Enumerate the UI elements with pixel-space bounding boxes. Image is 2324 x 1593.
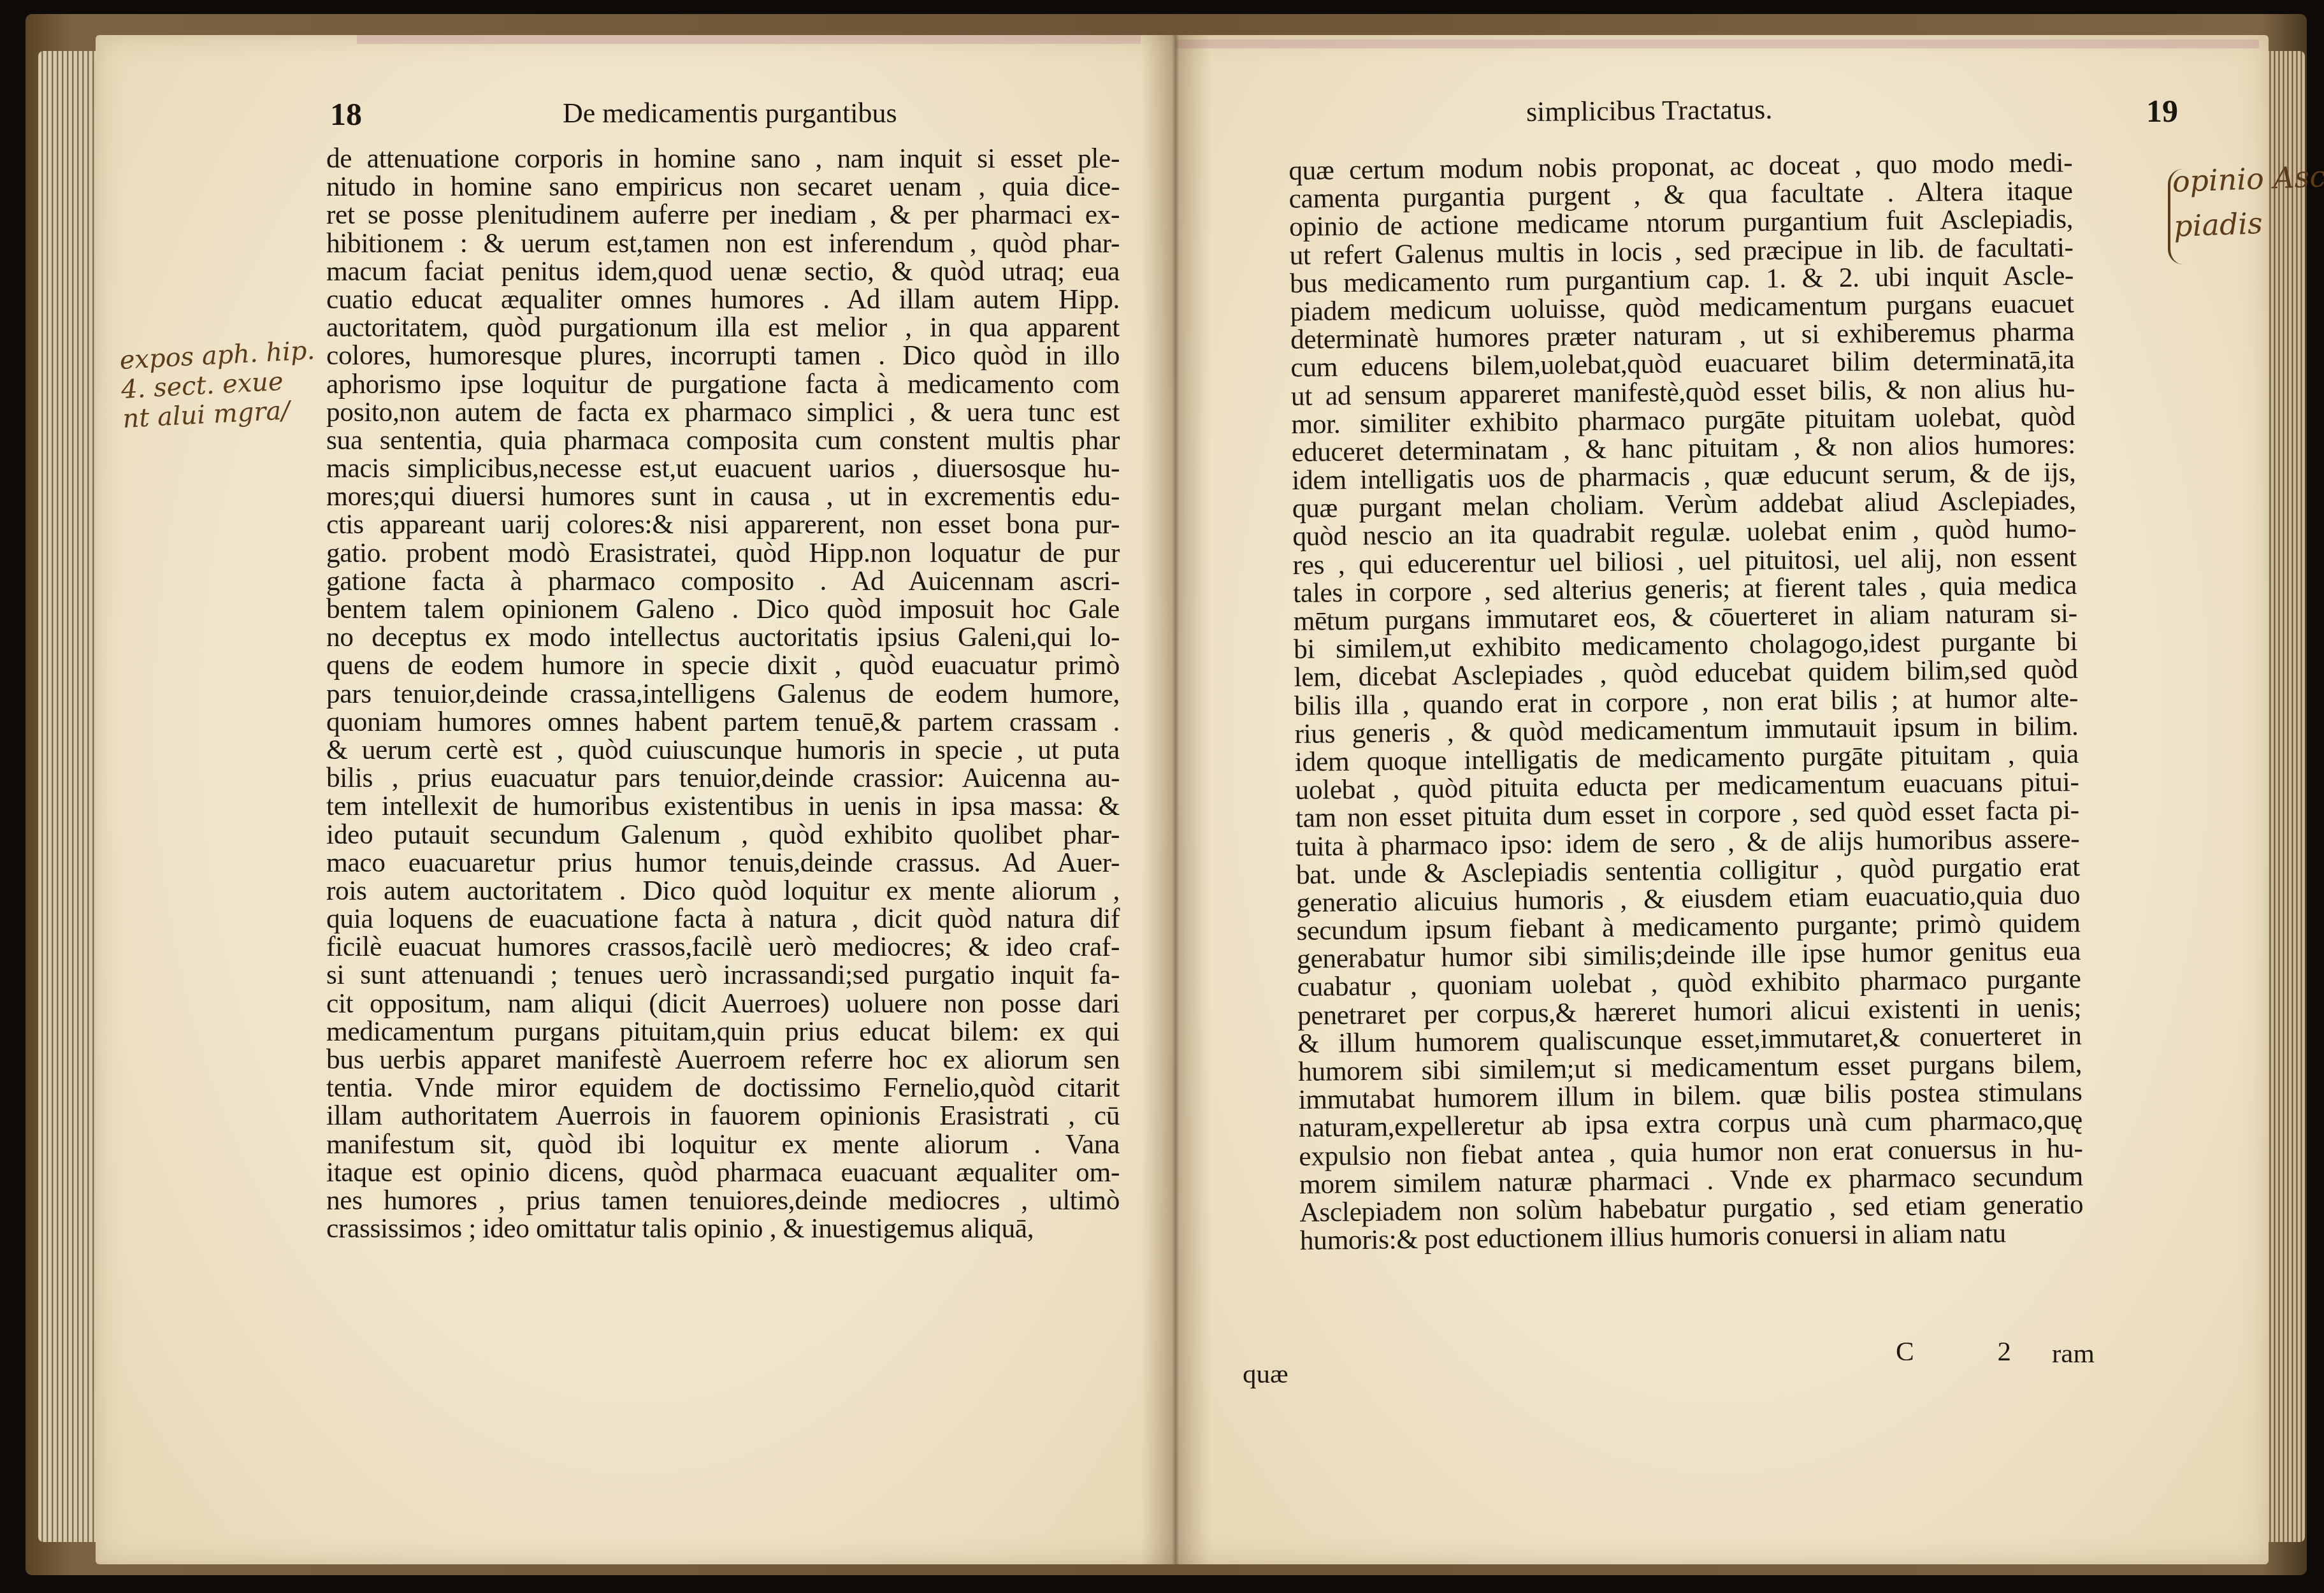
- text-line: bentem talem opinionem Galeno . Dico quò…: [326, 595, 1120, 623]
- text-line: medicamentum purgans pituitam,quin prius…: [326, 1018, 1120, 1046]
- text-line: cit oppositum, nam aliqui (dicit Auerroe…: [326, 990, 1120, 1018]
- text-line: macis simplicibus,necesse est,ut euacuen…: [326, 454, 1120, 482]
- text-line: ret se posse plenitudinem auferre per in…: [326, 201, 1120, 229]
- text-line: rois autem auctoritatem . Dico quòd loqu…: [326, 877, 1120, 905]
- text-line: de attenuatione corporis in homine sano …: [326, 145, 1120, 173]
- text-line: mores;qui diuersi humores sunt in causa …: [326, 482, 1120, 510]
- left-page-number: 18: [330, 96, 362, 133]
- text-line: ctis appareant uarij colores:& nisi appa…: [326, 510, 1120, 538]
- text-line: bus uerbis apparet manifestè Auerroem re…: [326, 1046, 1120, 1074]
- right-running-head: simplicibus Tractatus.: [1526, 93, 1773, 128]
- annotation-line: piadis: [2173, 198, 2324, 249]
- left-running-head: De medicamentis purgantibus: [563, 97, 897, 129]
- text-line: hibitionem : & uerum est,tamen non est i…: [326, 229, 1120, 257]
- right-catchword: ram: [2052, 1338, 2095, 1369]
- text-line: cuatio educat æqualiter omnes humores . …: [326, 285, 1120, 314]
- left-catchword: quæ: [1243, 1359, 1288, 1390]
- text-line: posito,non autem de facta ex pharmaco si…: [326, 398, 1120, 426]
- annotation-line: opinio Ascle: [2172, 153, 2324, 204]
- page-edges-right: [2267, 51, 2305, 1542]
- text-line: maco euacuaretur prius humor tenuis,dein…: [326, 849, 1120, 877]
- left-page-text: de attenuatione corporis in homine sano …: [326, 145, 1120, 1243]
- text-line: itaque est opinio dicens, quòd pharmaca …: [326, 1158, 1120, 1186]
- text-line: gatio. probent modò Erasistratei, quòd H…: [326, 539, 1120, 567]
- text-line: gatione facta à pharmaco composito . Ad …: [326, 567, 1120, 595]
- text-line: quoniam humores omnes habent partem tenu…: [326, 708, 1120, 736]
- text-line: nes humores , prius tamen tenuiores,dein…: [326, 1186, 1120, 1215]
- margin-annotation-left: expos aph. hip.4. sect. exuent alui mgra…: [119, 336, 319, 434]
- text-line: ideo putauit secundum Galenum , quòd exh…: [326, 821, 1120, 849]
- text-line: ficilè euacuat humores crassos,facilè ue…: [326, 933, 1120, 961]
- margin-annotation-right: opinio Asclepiadis: [2172, 153, 2324, 249]
- text-line: tem intellexit de humoribus existentibus…: [326, 792, 1120, 820]
- text-line: sua sententia, quia pharmaca composita c…: [326, 426, 1120, 454]
- text-line: & uerum certè est , quòd cuiuscunque hum…: [326, 736, 1120, 764]
- right-signature-mark: C 2: [1896, 1336, 2049, 1367]
- right-page-text: quæ certum modum nobis proponat, ac doce…: [1288, 148, 2084, 1255]
- text-line: tentia. Vnde miror equidem de doctissimo…: [326, 1074, 1120, 1102]
- right-page-number: 19: [2146, 92, 2178, 129]
- text-line: crassissimos ; ideo omittatur talis opin…: [326, 1215, 1120, 1243]
- book-gutter: [1141, 35, 1211, 1564]
- text-line: no deceptus ex modo intellectus auctorit…: [326, 623, 1120, 651]
- text-line: quens de eodem humore in specie dixit , …: [326, 651, 1120, 679]
- text-line: quia loquens de euacuatione facta à natu…: [326, 905, 1120, 933]
- text-line: macum faciat penitus idem,quod uenæ sect…: [326, 257, 1120, 285]
- text-line: colores, humoresque plures, incorrupti t…: [326, 342, 1120, 370]
- page-top-stain-right: [1176, 40, 2259, 48]
- text-line: pars tenuior,deinde crassa,intelligens G…: [326, 680, 1120, 708]
- text-line: illam authoritatem Auerrois in fauorem o…: [326, 1102, 1120, 1130]
- text-line: manifestum sit, quòd ibi loquitur ex men…: [326, 1130, 1120, 1158]
- text-line: auctoritatem, quòd purgationum illa est …: [326, 314, 1120, 342]
- text-line: bilis , prius euacuatur pars tenuior,dei…: [326, 764, 1120, 792]
- page-top-stain-left: [357, 35, 1141, 44]
- text-line: si sunt attenuandi ; tenues uerò incrass…: [326, 961, 1120, 989]
- text-line: nitudo in homine sano empiricus non seca…: [326, 173, 1120, 201]
- text-line: aphorismo ipse loquitur de purgatione fa…: [326, 370, 1120, 398]
